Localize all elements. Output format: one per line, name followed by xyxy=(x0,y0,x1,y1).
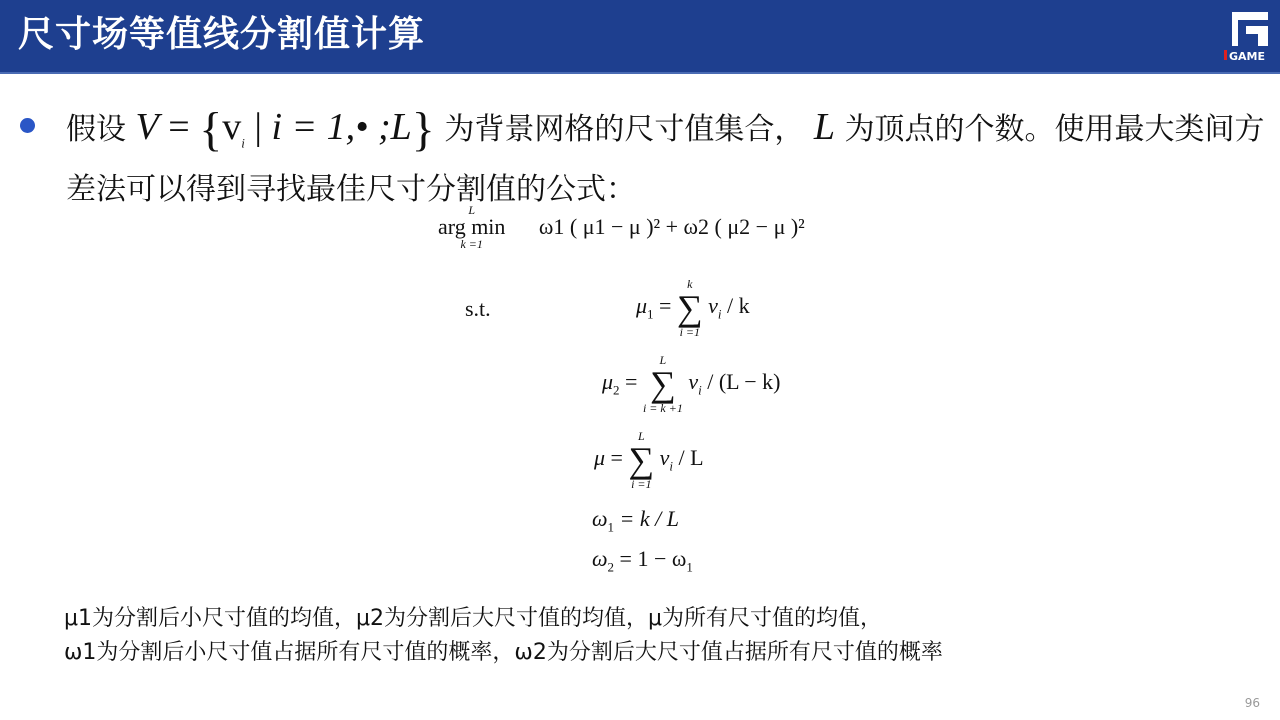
notes: μ1为分割后小尺寸值的均值，μ2为分割后大尺寸值的均值，μ为所有尺寸值的均值， … xyxy=(64,602,1244,670)
page-number: 96 xyxy=(1245,696,1260,710)
formula-w2: ω2 = 1 − ω1 xyxy=(592,546,693,575)
intro-mid: 为背景网格的尺寸值集合， xyxy=(444,112,804,147)
slide-header: 尺寸场等值线分割值计算 GAME xyxy=(0,0,1280,74)
st-label: s.t. xyxy=(465,296,491,322)
svg-text:GAME: GAME xyxy=(1229,50,1265,62)
formula-mu1: μ1 = k∑i =1 vi / k xyxy=(636,278,750,338)
intro-prefix: 假设 xyxy=(66,112,126,147)
notes-line-2: ω1为分割后小尺寸值占据所有尺寸值的概率，ω2为分割后大尺寸值占据所有尺寸值的概… xyxy=(64,636,1244,670)
formula-mu: μ = L∑i =1 vi / L xyxy=(594,430,704,490)
igame-logo-icon: GAME xyxy=(1224,10,1274,62)
L-symbol: L xyxy=(814,106,835,148)
slide-title: 尺寸场等值线分割值计算 xyxy=(18,10,425,60)
notes-line-1: μ1为分割后小尺寸值的均值，μ2为分割后大尺寸值的均值，μ为所有尺寸值的均值， xyxy=(64,602,1244,636)
set-definition: V = {vi | i = 1,• ;L} xyxy=(136,106,445,148)
formula-objective: L arg min k =1 ω1 ( μ1 − μ )² + ω2 ( μ2 … xyxy=(438,204,805,250)
formula-w1: ω1 = k / L xyxy=(592,506,679,535)
formula-mu2: μ2 = L∑i = k +1 vi / (L − k) xyxy=(602,354,781,414)
bullet-dot xyxy=(20,118,35,133)
intro-paragraph: 假设 V = {vi | i = 1,• ;L} 为背景网格的尺寸值集合， L … xyxy=(66,104,1266,213)
